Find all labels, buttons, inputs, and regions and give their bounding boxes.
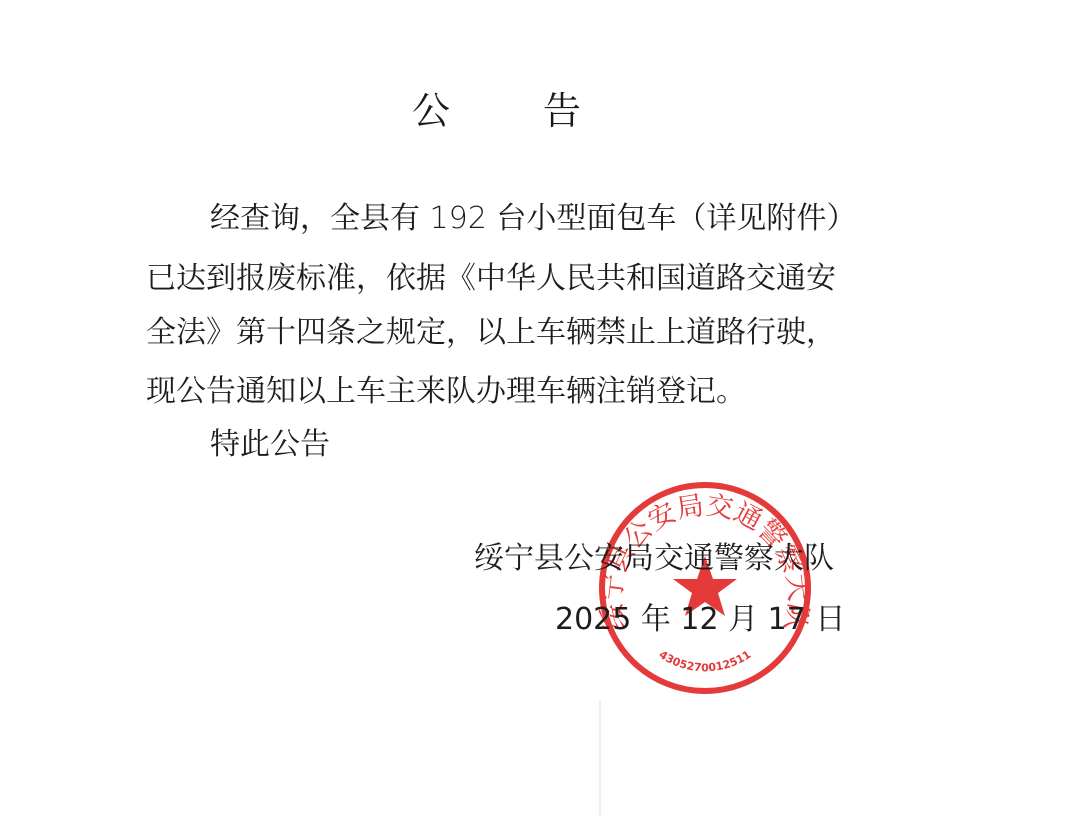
title-char-2: 告 — [543, 80, 581, 135]
body-line-1: 经查询，全县有 192 台小型面包车（详见附件） — [210, 188, 856, 250]
official-seal: 绥宁县公安局交通警察大队 4305270012511 — [597, 480, 813, 696]
issuer-name: 绥宁县公安局交通警察大队 — [474, 533, 834, 577]
title-char-1: 公 — [412, 80, 450, 135]
body-line-2: 已达到报废标准，依据《中华人民共和国道路交通安 — [146, 248, 836, 310]
body-line-3: 全法》第十四条之规定，以上车辆禁止上道路行驶， — [146, 302, 836, 364]
closing-line: 特此公告 — [210, 414, 330, 476]
scan-fold-line — [599, 700, 601, 817]
issue-date: 2025 年 12 月 17 日 — [555, 594, 845, 638]
seal-serial: 4305270012511 — [657, 648, 754, 674]
